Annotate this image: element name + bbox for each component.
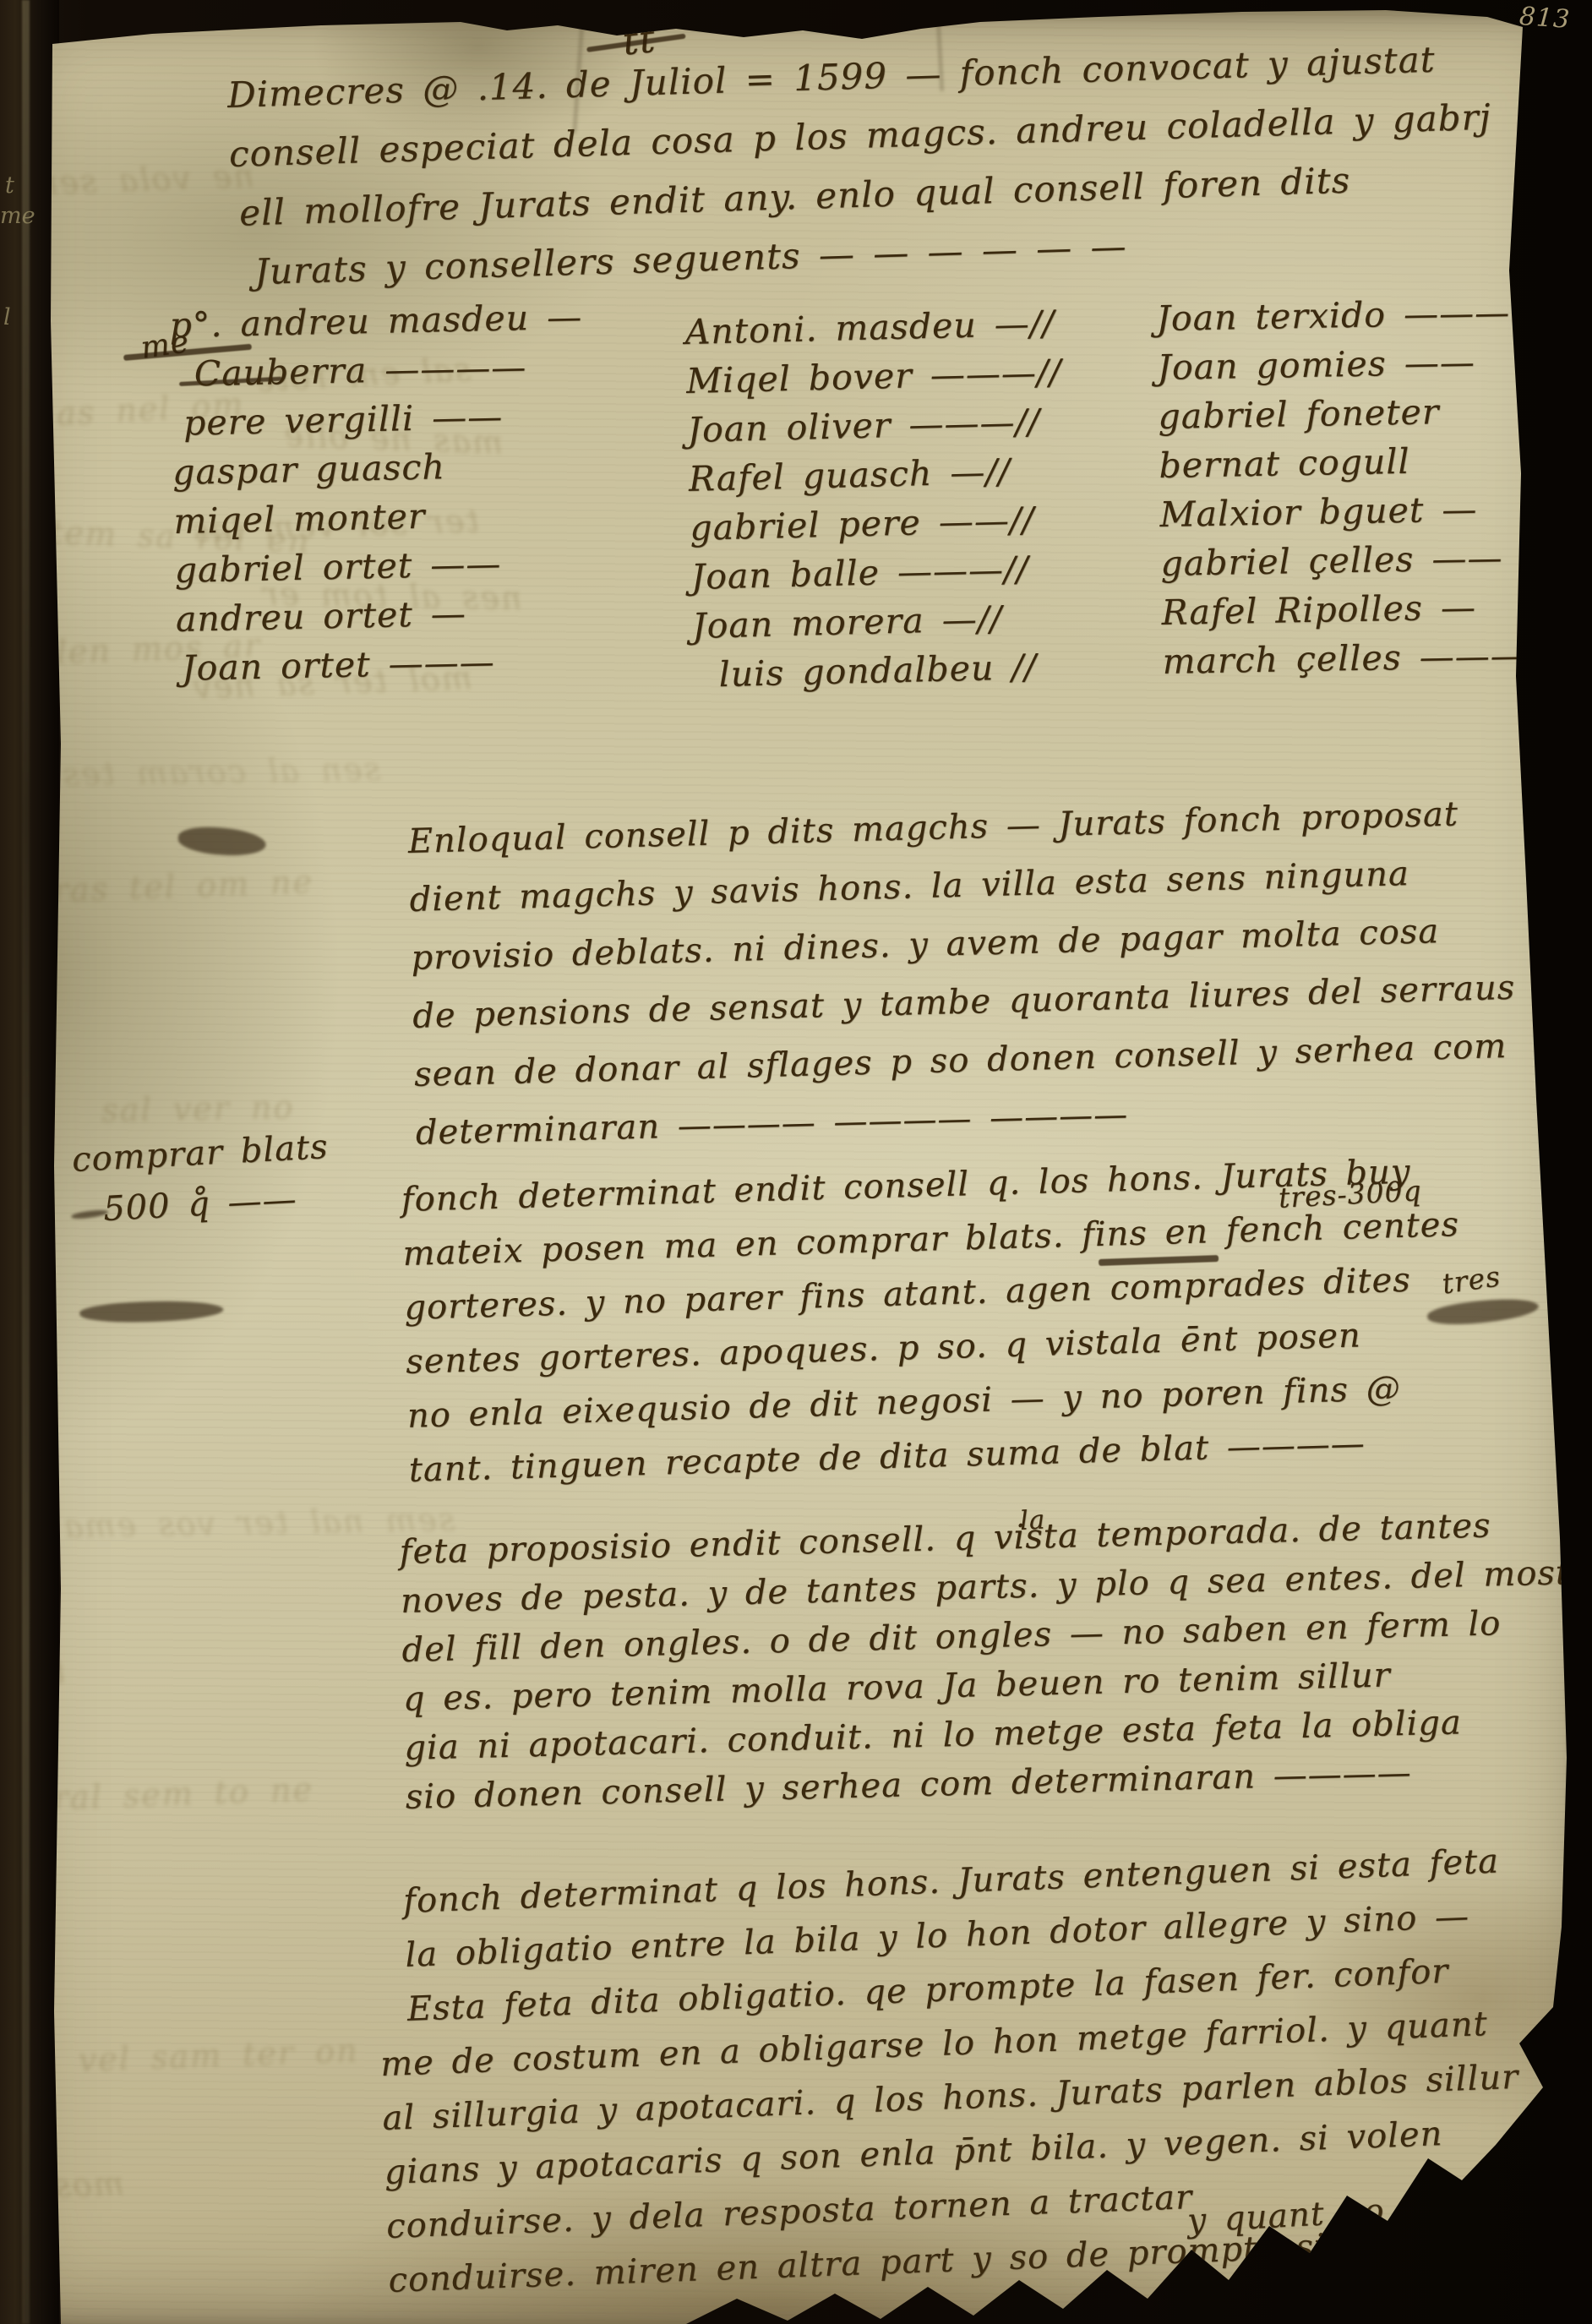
interline-insert: tres [1440,1259,1502,1300]
attendee-name: gabriel pere ——// [690,494,1066,553]
attendee-name: march çelles ———// [1162,630,1551,686]
attendee-name: Miqel bover ———// [685,347,1062,406]
attendee-name: bernat cogull [1159,434,1548,490]
attendee-name: gaspar guasch [172,439,586,497]
attendee-name: p°. andreu masdeu — [169,292,583,350]
attendee-name: Joan morera —// [692,592,1069,651]
attendee-name: pere vergilli —— [183,390,585,448]
attendees-column-1: p°. andreu masdeu —Cauberra ————pere ver… [169,292,590,693]
facing-page-edge [22,0,30,2324]
attendee-name: gabriel ortet —— [174,537,588,595]
attendee-name: Rafel guasch —// [688,445,1065,504]
folio-number: 813 [1518,2,1572,35]
bleedthrough-ghost-line: sem nal ter vos ema [62,1501,455,1545]
attendee-name: Malxior bguet — [1159,483,1549,539]
attendees-column-3: Joan terxido ———Joan gomies ——gabriel fo… [1156,287,1551,686]
page-content: ne vola sem torte valli sal em rote mas … [0,0,1592,2324]
attendee-name: Joan terxido ——— [1156,287,1546,343]
attendee-name: luis gondalbeu // [718,641,1070,699]
gutter-text-fragment: l [3,304,11,330]
bleedthrough-ghost-line: ras tel om ne [52,863,314,909]
record-heading: Dimecres @ .14. de Juliol = 1599 — fonch… [226,29,1496,303]
attendee-name: Joan gomies —— [1157,336,1546,392]
ink-blot [177,825,267,858]
attendee-name: gabriel çelles —— [1160,532,1550,588]
margin-note: comprar blats 500 q̊ —— [71,1127,332,1230]
attendee-name: miqel monter [173,488,587,546]
interline-insert: la [1019,1504,1046,1536]
margin-note-line: comprar blats [71,1127,330,1180]
paragraph-3: feta proposisio endit consell. q vista t… [399,1498,1592,1822]
attendee-name: Cauberra ———— [194,341,584,399]
attendees-column-2: Antoni. masdeu —//Miqel bover ———//Joan … [684,298,1070,700]
bleedthrough-ghost-line: sal ver no [101,1088,295,1129]
gutter-text-fragment: t [5,172,14,199]
attendee-name: Rafel Ripolles — [1161,581,1551,637]
binding-gutter: t me l [0,0,59,2324]
attendee-name: Antoni. masdeu —// [684,298,1061,357]
bleedthrough-ghost-line: vel sam ter on [78,2032,359,2079]
attendee-name: gabriel foneter [1158,385,1547,441]
margin-note-line: 500 q̊ —— [102,1178,332,1229]
paragraph-1: Enloqual consell p dits magchs — Jurats … [407,784,1519,1163]
manuscript-photo: t me l 813 ne vola sem torte valli sal e… [0,0,1592,2324]
margin-smear [79,1299,224,1324]
bleedthrough-ghost-line: ral sem to ne [52,1770,314,1817]
attendee-name: Joan ortet ——— [182,636,591,693]
attendee-name: Joan oliver ———// [687,396,1064,455]
gutter-text-fragment: me [0,203,35,229]
attendee-name: andreu ortet — [175,586,589,644]
attendee-name: Joan balle ———// [690,543,1067,602]
